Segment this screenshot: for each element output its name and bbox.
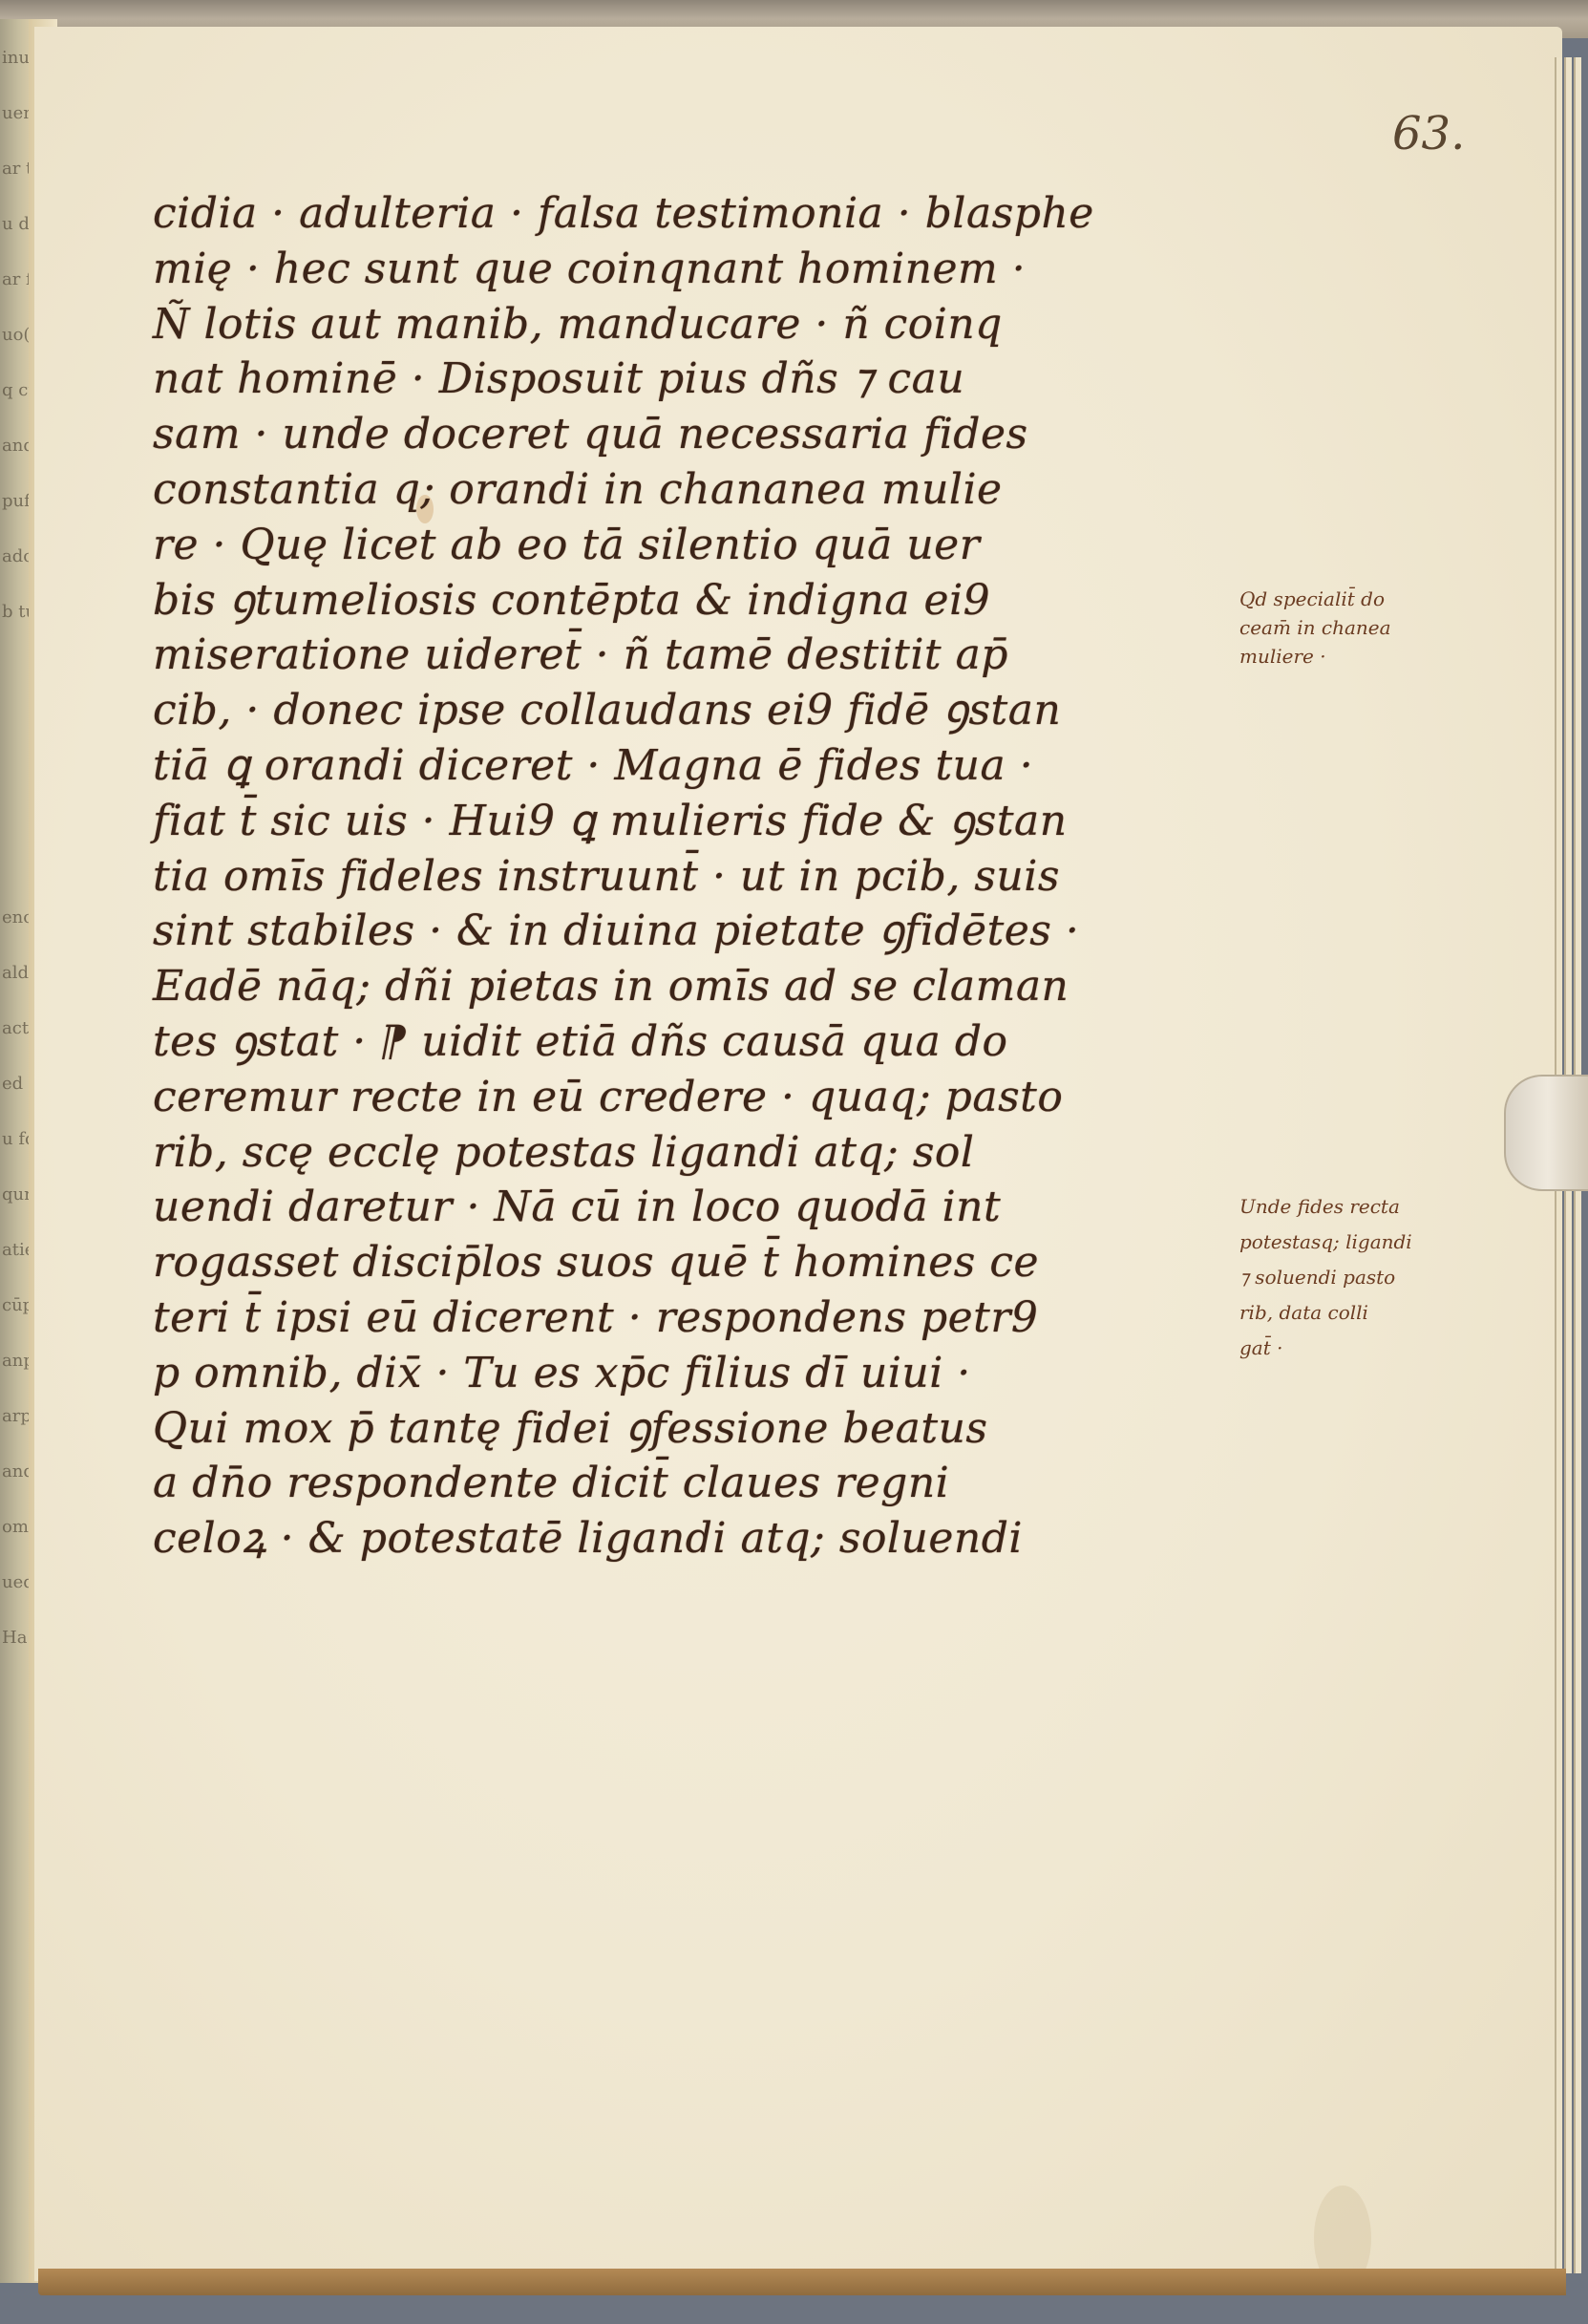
text-line: cidia · adulteria · falsa testimonia · b… — [153, 186, 1222, 242]
prev-page-fragment: ar tu — [2, 159, 31, 178]
prev-page-fragment: uenr — [2, 103, 31, 122]
text-line: Ñ lotis aut manib, manducare · ñ coinq — [153, 297, 1222, 352]
text-line: Qui mox p̄ tantę fidei ꝯfessione beatus — [153, 1401, 1222, 1457]
prev-page-fragment: ed l — [2, 1074, 31, 1093]
prev-page-fragment: qur — [2, 1184, 31, 1204]
text-line: mię · hec sunt que coinqnant hominem · — [153, 242, 1222, 297]
gloss-line: Qd specialit̄ do — [1239, 585, 1391, 613]
text-line: teri t̄ ipsi eū dicerent · respondens pe… — [153, 1290, 1222, 1346]
prev-page-fragment: anp — [2, 1351, 31, 1370]
text-line: uendi daretur · Nā cū in loco quodā int — [153, 1180, 1222, 1235]
prev-page-fragment: u fo — [2, 1129, 31, 1148]
text-line: miseratione uideret̄ · ñ tamē destitit a… — [153, 628, 1222, 683]
prev-page-fragment: arp — [2, 1406, 31, 1425]
text-line: fiat t̄ sic uis · Hui9 ꝗ mulieris fide &… — [153, 794, 1222, 849]
text-line: a dn̄o respondente dicit̄ claues regni — [153, 1456, 1222, 1511]
prev-page-fragment: cūp — [2, 1295, 31, 1314]
text-line: bis ꝯtumeliosis contēpta & indigna ei9 — [153, 573, 1222, 629]
text-line: nat hominē · Disposuit pius dñs ⁊ cau — [153, 352, 1222, 407]
gloss-line: gat̄ · — [1239, 1331, 1412, 1366]
text-line: sint stabiles · & in diuina pietate ꝯfid… — [153, 904, 1222, 959]
text-line: constantia q; orandi in chananea mulie — [153, 462, 1222, 518]
text-line: re · Quę licet ab eo tā silentio quā uer — [153, 518, 1222, 573]
prev-page-fragment: ald — [2, 963, 31, 982]
prev-page-fragment: inua — [2, 48, 31, 67]
previous-page-edge: inua uenr ar tu u drī ar fri uo(ū q cu a… — [0, 19, 31, 2283]
prev-page-fragment: and — [2, 436, 31, 455]
text-line: rogasset discip̄los suos quē t̄ homines … — [153, 1235, 1222, 1290]
text-line: cib, · donec ipse collaudans ei9 fidē ꝯs… — [153, 683, 1222, 738]
gloss-line: ceam̄ in chanea — [1239, 613, 1391, 642]
book-clasp — [1504, 1075, 1588, 1191]
prev-page-fragment: anq — [2, 1461, 31, 1481]
text-line: p omnib, dix̄ · Tu es xp̄c filius dī uiu… — [153, 1346, 1222, 1401]
prev-page-fragment: ued — [2, 1572, 31, 1591]
folio-number: 63. — [1392, 107, 1465, 160]
gloss-line: rib, data colli — [1239, 1295, 1412, 1331]
prev-page-fragment: q cu — [2, 380, 31, 399]
text-line: Eadē nāq; dñi pietas in omīs ad se clama… — [153, 959, 1222, 1014]
marginal-gloss: Qd specialit̄ do ceam̄ in chanea muliere… — [1239, 585, 1391, 671]
prev-page-fragment: ar fri — [2, 269, 31, 288]
gloss-line: ⁊ soluendi pasto — [1239, 1260, 1412, 1295]
prev-page-fragment: omo — [2, 1517, 31, 1536]
text-line: celoꝝ · & potestatē ligandi atq; soluend… — [153, 1511, 1222, 1567]
prev-page-fragment: b tu — [2, 602, 31, 621]
prev-page-fragment: ado — [2, 546, 31, 565]
text-line: tes ꝯstat · ⁋ uidit etiā dñs causā qua d… — [153, 1014, 1222, 1070]
text-line: ceremur recte in eū credere · quaq; past… — [153, 1070, 1222, 1125]
prev-page-fragment: uo(ū — [2, 325, 31, 344]
prev-page-fragment: Ha — [2, 1628, 31, 1647]
gloss-line: Unde fides recta — [1239, 1189, 1412, 1225]
main-text-block: cidia · adulteria · falsa testimonia · b… — [153, 186, 1222, 1567]
marginal-gloss: Unde fides recta potestasq; ligandi ⁊ so… — [1239, 1189, 1412, 1366]
prev-page-fragment: pufi — [2, 491, 31, 510]
prev-page-fragment: act — [2, 1018, 31, 1037]
text-line: tiā ꝗ orandi diceret · Magna ē fides tua… — [153, 738, 1222, 794]
prev-page-fragment: atie — [2, 1240, 31, 1259]
text-line: sam · unde doceret quā necessaria fides — [153, 407, 1222, 462]
text-line: tia omīs fideles instruunt̄ · ut in pcib… — [153, 849, 1222, 905]
book-bottom-edge — [38, 2269, 1566, 2295]
prev-page-fragment: u drī — [2, 214, 31, 233]
gloss-line: potestasq; ligandi — [1239, 1225, 1412, 1260]
prev-page-fragment: enc — [2, 907, 31, 927]
gloss-line: muliere · — [1239, 642, 1391, 671]
text-line: rib, scę ecclę potestas ligandi atq; sol — [153, 1125, 1222, 1181]
